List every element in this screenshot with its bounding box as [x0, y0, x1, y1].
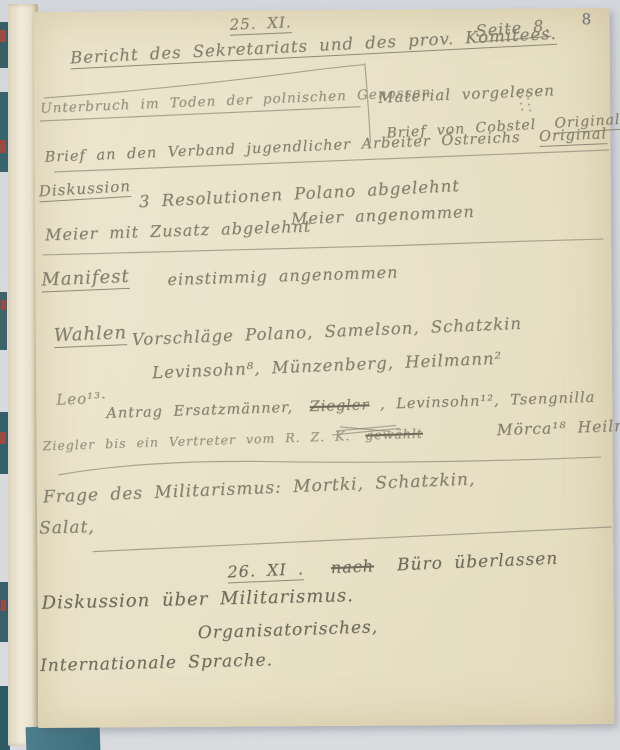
antrag-text: Antrag Ersatzmänner, [106, 400, 293, 422]
line-meier-abgelehnt: Meier mit Zusatz abgelehnt [45, 217, 312, 245]
ziegler-text: Ziegler bis ein Vertreter vom R. Z. K. [42, 428, 350, 453]
spine-red-mark [0, 140, 6, 153]
label-diskussion-text: Diskussion [38, 177, 131, 202]
scanned-manuscript: 8 25. XI. Seite 8. Bericht des Sekretari… [0, 0, 620, 750]
antrag-rest: , Levinsohn¹², Tsengnilla [380, 390, 596, 413]
brief-verband-text: Brief an den Verband jugendlicher Arbeit… [44, 130, 520, 166]
line-diskussion2: Diskussion über Militarismus. [41, 585, 354, 614]
label-diskussion: Diskussion [38, 177, 131, 200]
line-wahlen-vorschlaege2: Levinsohn⁸, Münzenberg, Heilmann² [152, 349, 503, 383]
spine-red-mark [0, 30, 6, 42]
label-wahlen: Wahlen [53, 322, 127, 346]
label-wahlen-text: Wahlen [53, 322, 127, 348]
line-frage-militarismus: Frage des Militarismus: Mortki, Schatzki… [43, 469, 476, 507]
antrag-strike: Ziegler [309, 397, 369, 415]
spine-red-mark [1, 300, 6, 310]
spine-strip [0, 582, 8, 642]
line-date2: 26. XI . nach Büro überlassen [227, 549, 559, 583]
line-antrag: Antrag Ersatzmänner, Ziegler , Levinsohn… [106, 390, 595, 422]
corner-page-number: 8 [582, 10, 592, 28]
line-wahlen-vorschlaege: Vorschläge Polano, Samelson, Schatzkin [132, 314, 523, 349]
spine-strip [0, 92, 8, 172]
note-leo: Leo¹³· [56, 389, 107, 409]
date2-rest: Büro überlassen [397, 549, 559, 576]
line-organisatorisches: Organisatorisches, [198, 617, 379, 643]
date2-text: 26. XI . [227, 559, 304, 583]
report-title-text: Bericht des Sekretariats und des prov. K… [70, 24, 558, 70]
spine-red-mark [1, 600, 6, 611]
report-title: Bericht des Sekretariats und des prov. K… [70, 24, 558, 68]
line-internationale-sprache: Internationale Sprache. [40, 650, 273, 676]
line-unterbruch: Unterbruch im Toden der polnischen Genos… [40, 84, 431, 116]
line-brief-verband: Brief an den Verband jugendlicher Arbeit… [44, 126, 607, 166]
brief-verband-note: Original [539, 126, 608, 147]
ziegler-rest: Mörca¹⁸ Heilmann¹¹ [496, 415, 620, 439]
manuscript-page: 8 25. XI. Seite 8. Bericht des Sekretari… [34, 8, 615, 728]
book-cover-corner [26, 725, 101, 750]
line-meier-angenommen: Meier angenommen [291, 202, 475, 229]
date-heading-text: 25. XI. [229, 13, 292, 36]
label-manifest: Manifest [41, 266, 130, 291]
ziegler-strike: gewählt [365, 426, 423, 443]
spine-red-mark [0, 432, 6, 444]
date2-strike: nach [331, 556, 375, 577]
label-manifest-text: Manifest [41, 266, 130, 293]
date-heading: 25. XI. [229, 13, 292, 34]
line-salat: Salat, [39, 517, 95, 538]
line-manifest-result: einstimmig angenommen [167, 262, 399, 289]
